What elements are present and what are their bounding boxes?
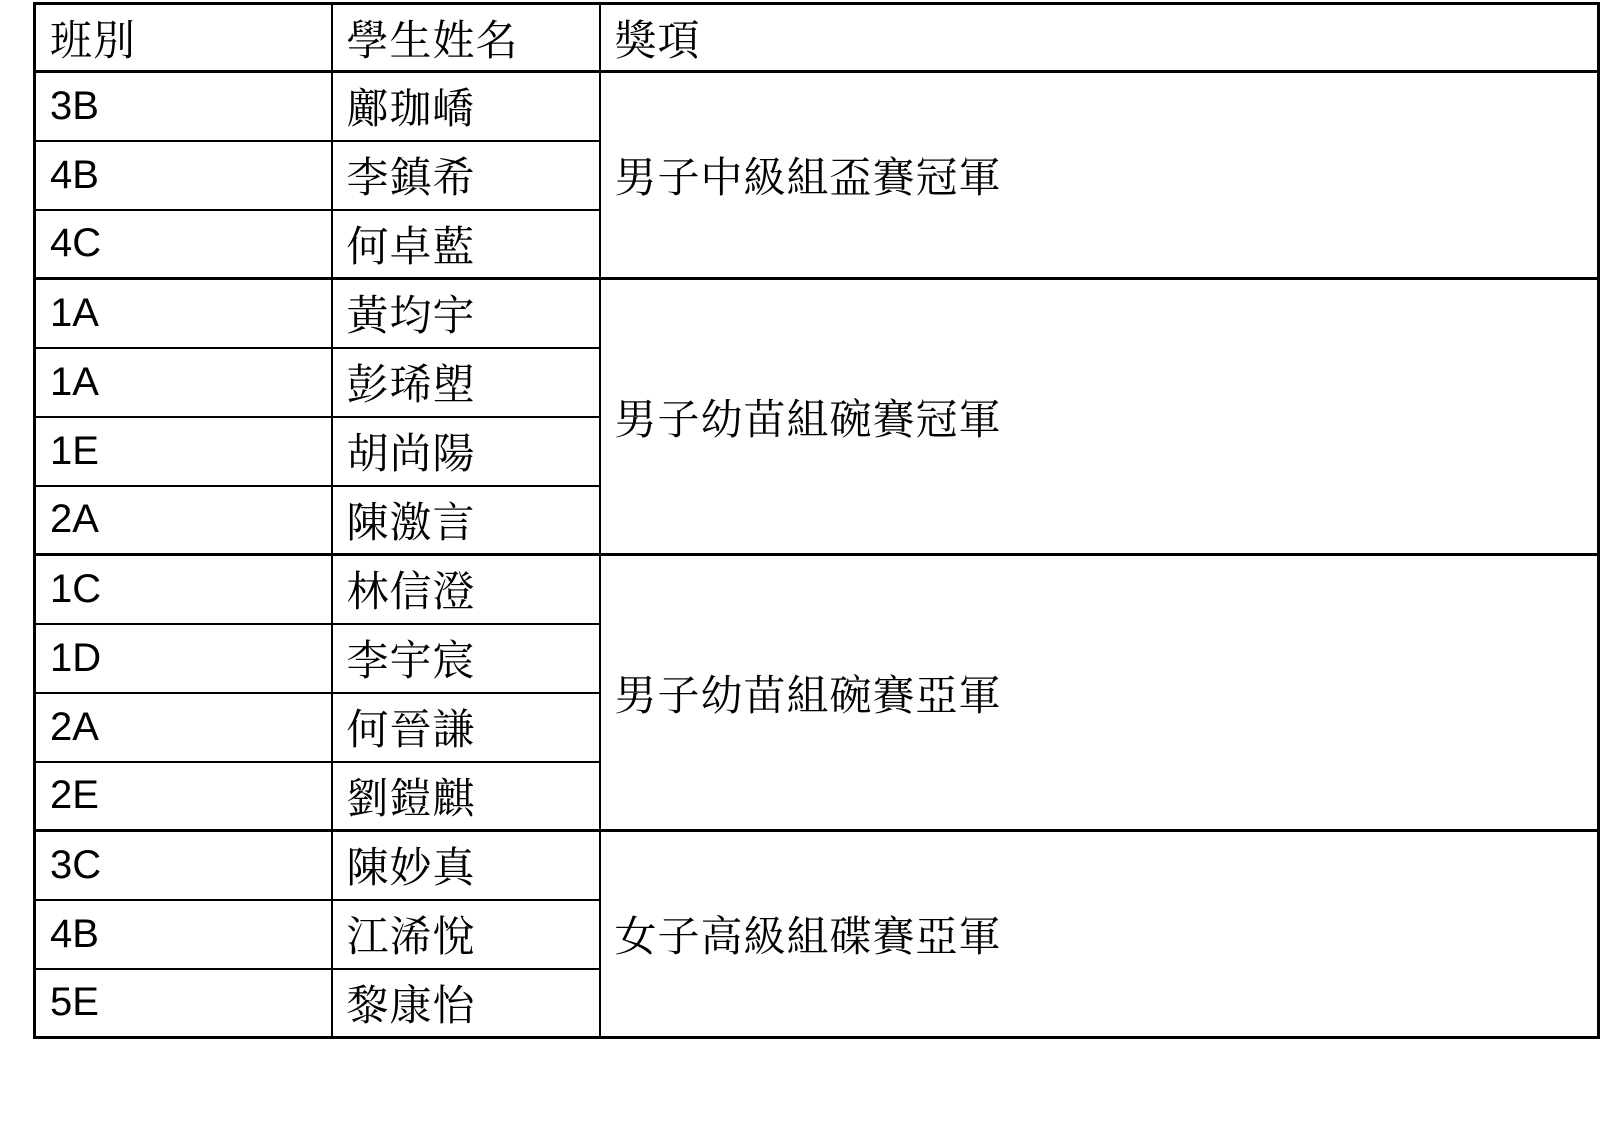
student-name-cell: 劉鎧麒 bbox=[332, 762, 600, 831]
document-page: 班別 學生姓名 獎項 3B 鄺珈嶠 男子中級組盃賽冠軍 4B 李鎮希 4C 何卓… bbox=[0, 0, 1600, 1126]
class-cell: 3B bbox=[35, 72, 332, 141]
class-cell: 4B bbox=[35, 900, 332, 969]
class-cell: 2E bbox=[35, 762, 332, 831]
student-name-cell: 何晉謙 bbox=[332, 693, 600, 762]
table-row: 1C 林信澄 男子幼苗組碗賽亞軍 bbox=[35, 555, 1599, 624]
student-name-cell: 李宇宸 bbox=[332, 624, 600, 693]
student-name-cell: 黎康怡 bbox=[332, 969, 600, 1038]
table-row: 3C 陳妙真 女子高級組碟賽亞軍 bbox=[35, 831, 1599, 900]
student-name-cell: 林信澄 bbox=[332, 555, 600, 624]
student-name-cell: 鄺珈嶠 bbox=[332, 72, 600, 141]
award-cell: 男子幼苗組碗賽亞軍 bbox=[600, 555, 1599, 831]
award-cell: 男子幼苗組碗賽冠軍 bbox=[600, 279, 1599, 555]
class-cell: 1D bbox=[35, 624, 332, 693]
class-cell: 4C bbox=[35, 210, 332, 279]
class-cell: 2A bbox=[35, 486, 332, 555]
student-name-cell: 陳妙真 bbox=[332, 831, 600, 900]
student-name-cell: 胡尚陽 bbox=[332, 417, 600, 486]
awards-table: 班別 學生姓名 獎項 3B 鄺珈嶠 男子中級組盃賽冠軍 4B 李鎮希 4C 何卓… bbox=[33, 2, 1600, 1039]
table-header-row: 班別 學生姓名 獎項 bbox=[35, 4, 1599, 72]
student-name-cell: 江浠悅 bbox=[332, 900, 600, 969]
header-award: 獎項 bbox=[600, 4, 1599, 72]
student-name-cell: 何卓藍 bbox=[332, 210, 600, 279]
student-name-cell: 黃均宇 bbox=[332, 279, 600, 348]
award-cell: 男子中級組盃賽冠軍 bbox=[600, 72, 1599, 279]
table-row: 3B 鄺珈嶠 男子中級組盃賽冠軍 bbox=[35, 72, 1599, 141]
class-cell: 1A bbox=[35, 279, 332, 348]
student-name-cell: 李鎮希 bbox=[332, 141, 600, 210]
student-name-cell: 陳激言 bbox=[332, 486, 600, 555]
student-name-cell: 彭琋塱 bbox=[332, 348, 600, 417]
award-cell: 女子高級組碟賽亞軍 bbox=[600, 831, 1599, 1038]
table-row: 1A 黃均宇 男子幼苗組碗賽冠軍 bbox=[35, 279, 1599, 348]
class-cell: 5E bbox=[35, 969, 332, 1038]
class-cell: 4B bbox=[35, 141, 332, 210]
class-cell: 1E bbox=[35, 417, 332, 486]
class-cell: 2A bbox=[35, 693, 332, 762]
header-class: 班別 bbox=[35, 4, 332, 72]
class-cell: 3C bbox=[35, 831, 332, 900]
class-cell: 1C bbox=[35, 555, 332, 624]
class-cell: 1A bbox=[35, 348, 332, 417]
header-student-name: 學生姓名 bbox=[332, 4, 600, 72]
